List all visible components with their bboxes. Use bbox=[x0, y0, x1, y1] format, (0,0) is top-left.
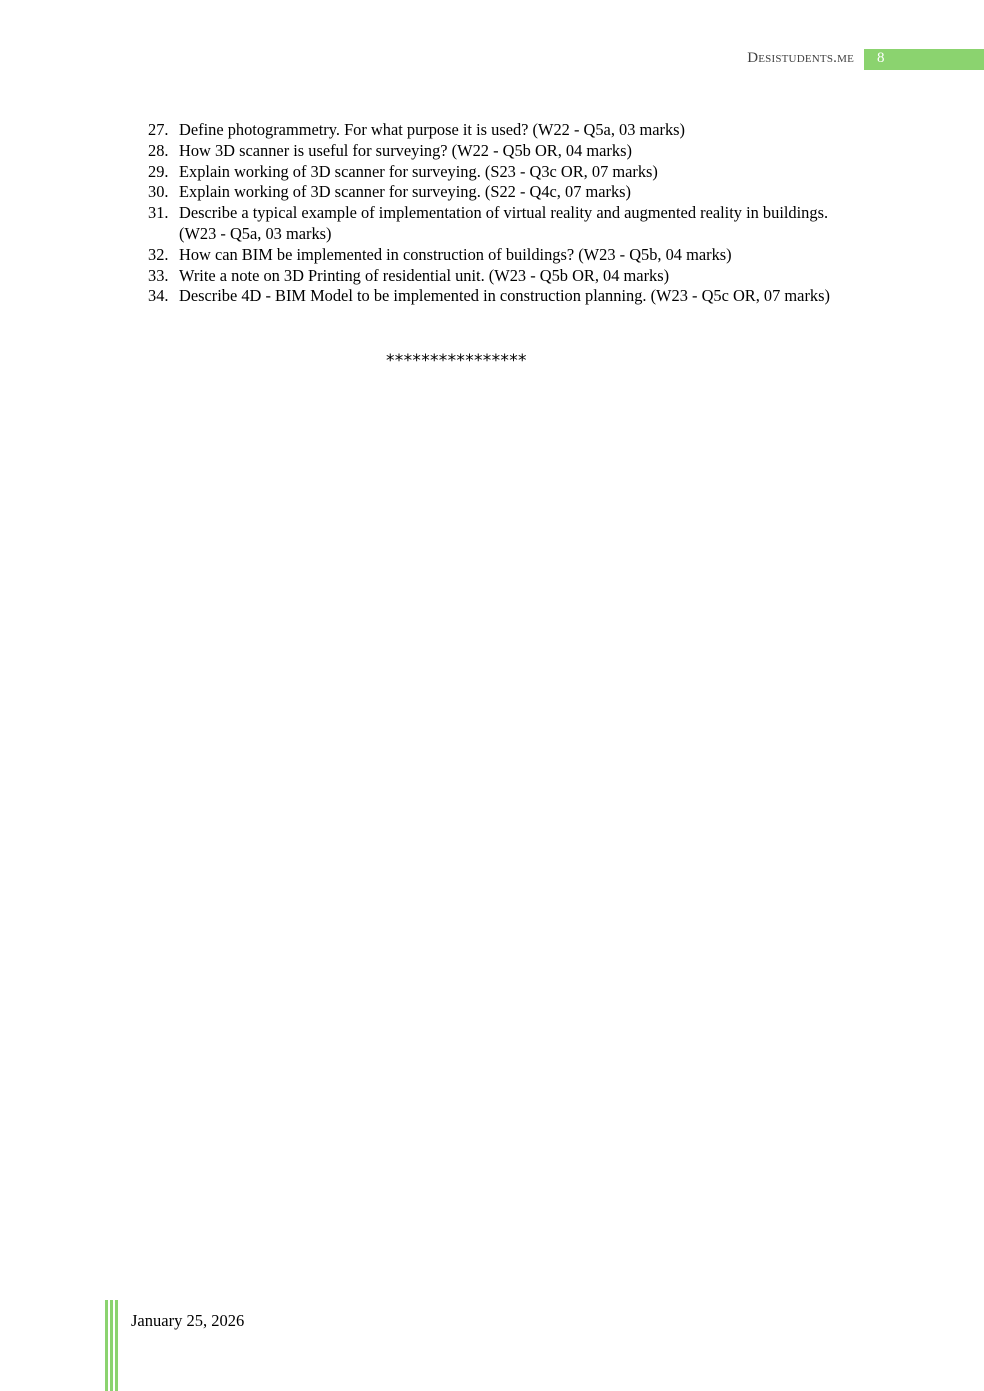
question-number: 33. bbox=[148, 266, 169, 287]
question-text: Describe 4D - BIM Model to be implemente… bbox=[179, 286, 830, 305]
question-text: Define photogrammetry. For what purpose … bbox=[179, 120, 685, 139]
question-text: Explain working of 3D scanner for survey… bbox=[179, 182, 631, 201]
question-item: 28.How 3D scanner is useful for surveyin… bbox=[148, 141, 858, 162]
question-item: 33.Write a note on 3D Printing of reside… bbox=[148, 266, 858, 287]
section-separator: **************** bbox=[386, 351, 527, 371]
page-number-bar: 8 bbox=[864, 49, 984, 70]
question-text: How can BIM be implemented in constructi… bbox=[179, 245, 732, 264]
question-item: 34.Describe 4D - BIM Model to be impleme… bbox=[148, 286, 858, 307]
footer-date: January 25, 2026 bbox=[131, 1311, 244, 1331]
question-text: Write a note on 3D Printing of residenti… bbox=[179, 266, 669, 285]
page-number: 8 bbox=[877, 50, 885, 67]
header-brand: Desistudents.me bbox=[747, 50, 854, 67]
question-number: 34. bbox=[148, 286, 169, 307]
question-text: Describe a typical example of implementa… bbox=[179, 203, 828, 243]
question-item: 27.Define photogrammetry. For what purpo… bbox=[148, 120, 858, 141]
question-item: 31.Describe a typical example of impleme… bbox=[148, 203, 858, 245]
question-number: 31. bbox=[148, 203, 169, 224]
question-number: 27. bbox=[148, 120, 169, 141]
question-item: 29.Explain working of 3D scanner for sur… bbox=[148, 162, 858, 183]
question-number: 32. bbox=[148, 245, 169, 266]
footer-line bbox=[110, 1300, 113, 1391]
question-number: 28. bbox=[148, 141, 169, 162]
question-text: How 3D scanner is useful for surveying? … bbox=[179, 141, 632, 160]
question-text: Explain working of 3D scanner for survey… bbox=[179, 162, 658, 181]
question-number: 29. bbox=[148, 162, 169, 183]
footer-line bbox=[105, 1300, 108, 1391]
question-list: 27.Define photogrammetry. For what purpo… bbox=[148, 120, 858, 307]
footer-line bbox=[115, 1300, 118, 1391]
question-item: 30.Explain working of 3D scanner for sur… bbox=[148, 182, 858, 203]
question-item: 32.How can BIM be implemented in constru… bbox=[148, 245, 858, 266]
question-number: 30. bbox=[148, 182, 169, 203]
